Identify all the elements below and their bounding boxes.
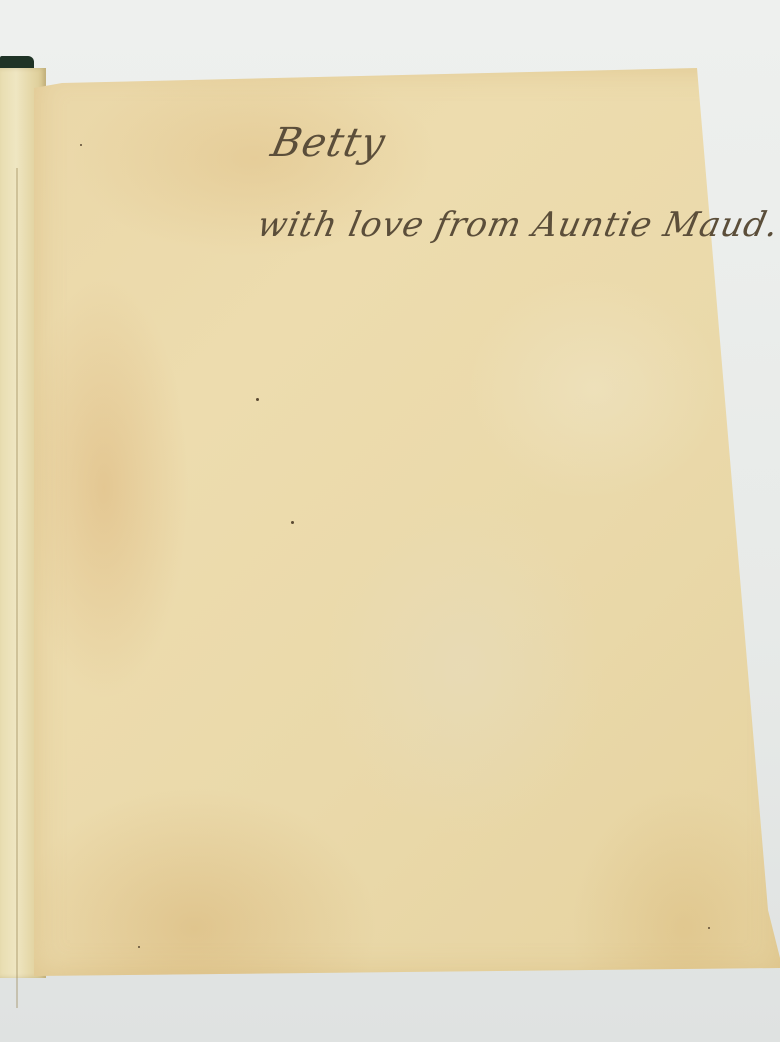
foxing-speck <box>708 927 710 929</box>
inscription-recipient: Betty <box>267 120 390 166</box>
foxing-speck <box>138 946 140 948</box>
foxing-speck <box>291 521 294 524</box>
foxing-speck <box>256 398 259 401</box>
inscription-message: with love from Auntie Maud. <box>254 205 780 245</box>
gutter-crease <box>16 168 18 1008</box>
foxing-speck <box>80 144 82 146</box>
